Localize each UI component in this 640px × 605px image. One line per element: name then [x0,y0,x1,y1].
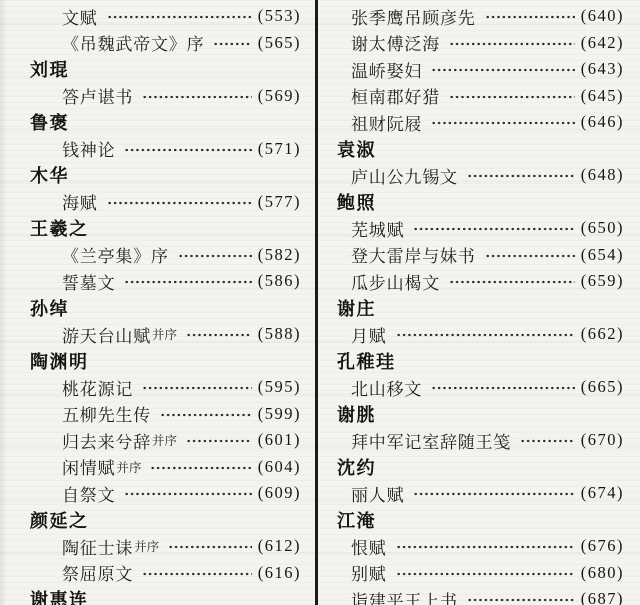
work-title: 桃花源记 [62,375,133,400]
work-title-suffix: 并序 [152,325,177,343]
toc-work-row: 钱神论(571) [30,136,301,163]
toc-author-row: 颜延之 [30,507,301,534]
work-title: 温峤娶妇 [351,57,422,82]
toc-work-row: 文赋(553) [30,3,301,30]
toc-work-row: 闲情赋并序(604) [30,454,301,481]
toc-author-row: 鲁褒 [30,109,301,136]
page-number: (650) [581,218,624,238]
column-divider [315,0,318,605]
work-title: 张季鹰吊顾彦先 [351,4,476,29]
page-number: (565) [258,33,301,53]
dot-leader [395,332,575,338]
page-number: (582) [258,245,301,265]
work-title: 祭屈原文 [62,560,133,585]
author-name: 王羲之 [30,215,89,241]
work-title: 桓南郡好猎 [351,83,440,108]
page-number: (553) [258,6,301,26]
toc-author-row: 陶渊明 [30,348,301,375]
toc-author-row: 木华 [30,162,301,189]
toc-work-row: 祖财阮屐(646) [337,109,624,136]
work-title-suffix: 并序 [134,537,159,555]
dot-leader [484,14,575,20]
toc-work-row: 芜城赋(650) [337,215,624,242]
dot-leader [448,94,575,100]
toc-work-row: 五柳先生传(599) [30,401,301,428]
work-title: 丽人赋 [351,481,404,506]
toc-work-row: 陶征士诔并序(612) [30,533,301,560]
page-number: (616) [258,563,301,583]
dot-leader [123,279,251,285]
work-title: 答卢谌书 [62,83,133,108]
page-number: (604) [258,457,301,477]
dot-leader [123,147,251,153]
author-name: 刘琨 [30,56,69,82]
work-title: 归去来兮辞 [62,428,151,453]
toc-work-row: 诣建平王上书(687) [337,586,624,605]
author-name: 谢惠连 [30,586,89,605]
toc-work-row: 游天台山赋并序(588) [30,321,301,348]
work-title: 拜中军记室辞随王笺 [351,428,511,453]
toc-work-row: 《吊魏武帝文》序(565) [30,30,301,57]
toc-work-row: 桃花源记(595) [30,374,301,401]
dot-leader [430,120,575,126]
work-title: 瓜步山楬文 [351,269,440,294]
toc-work-row: 拜中军记室辞随王笺(670) [337,427,624,454]
author-name: 鲍照 [337,189,376,215]
author-name: 袁淑 [337,136,376,162]
toc-work-row: 自祭文(609) [30,480,301,507]
page-number: (640) [581,6,624,26]
page-number: (687) [581,589,624,605]
dot-leader [430,385,575,391]
dot-leader [212,41,251,47]
work-title: 登大雷岸与妹书 [351,242,476,267]
dot-leader [185,332,252,338]
toc-work-row: 温峤娶妇(643) [337,56,624,83]
toc-work-row: 丽人赋(674) [337,480,624,507]
page-number: (599) [258,404,301,424]
toc-work-row: 别赋(680) [337,560,624,587]
author-name: 鲁褒 [30,109,69,135]
toc-author-row: 谢庄 [337,295,624,322]
toc-page: 文赋(553)《吊魏武帝文》序(565)刘琨答卢谌书(569)鲁褒钱神论(571… [0,0,640,605]
toc-author-row: 鲍照 [337,189,624,216]
dot-leader [185,438,252,444]
page-number: (642) [581,33,624,53]
work-title: 誓墓文 [62,269,115,294]
work-title: 游天台山赋 [62,322,151,347]
work-title: 文赋 [62,4,98,29]
toc-work-row: 张季鹰吊顾彦先(640) [337,3,624,30]
author-name: 谢庄 [337,295,376,321]
dot-leader [141,571,252,577]
work-title: 《吊魏武帝文》序 [62,30,204,55]
page-number: (601) [258,430,301,450]
work-title: 闲情赋 [62,454,115,479]
page-number: (645) [581,86,624,106]
toc-author-row: 谢惠连 [30,586,301,605]
toc-author-row: 王羲之 [30,215,301,242]
page-number: (670) [581,430,624,450]
page-number: (643) [581,59,624,79]
author-name: 沈约 [337,454,376,480]
work-title: 钱神论 [62,136,115,161]
dot-leader [167,544,252,550]
page-number: (588) [258,324,301,344]
dot-leader [466,597,575,603]
work-title: 恨赋 [351,534,387,559]
dot-leader [141,385,252,391]
work-title-suffix: 并序 [152,431,177,449]
toc-work-row: 桓南郡好猎(645) [337,83,624,110]
toc-work-row: 恨赋(676) [337,533,624,560]
dot-leader [159,412,252,418]
work-title: 庐山公九锡文 [351,163,458,188]
work-title-suffix: 并序 [116,458,141,476]
work-title: 月赋 [351,322,387,347]
toc-work-row: 祭屈原文(616) [30,560,301,587]
dot-leader [123,491,251,497]
author-name: 江淹 [337,507,376,533]
dot-leader [106,200,252,206]
dot-leader [466,173,575,179]
toc-author-row: 刘琨 [30,56,301,83]
author-name: 木华 [30,162,69,188]
work-title: 自祭文 [62,481,115,506]
toc-author-row: 沈约 [337,454,624,481]
page-number: (571) [258,139,301,159]
work-title: 谢太傅泛海 [351,30,440,55]
dot-leader [448,41,575,47]
author-name: 孙绰 [30,295,69,321]
page-number: (612) [258,536,301,556]
work-title: 海赋 [62,189,98,214]
author-name: 孔稚珪 [337,348,396,374]
toc-work-row: 海赋(577) [30,189,301,216]
toc-work-row: 归去来兮辞并序(601) [30,427,301,454]
dot-leader [448,279,575,285]
author-name: 谢朓 [337,401,376,427]
toc-author-row: 江淹 [337,507,624,534]
toc-work-row: 月赋(662) [337,321,624,348]
page-number: (680) [581,563,624,583]
work-title: 北山移文 [351,375,422,400]
author-name: 颜延之 [30,507,89,533]
work-title: 五柳先生传 [62,401,151,426]
toc-work-row: 登大雷岸与妹书(654) [337,242,624,269]
page-number: (648) [581,165,624,185]
page-number: (586) [258,271,301,291]
toc-work-row: 庐山公九锡文(648) [337,162,624,189]
dot-leader [141,94,252,100]
page-number: (569) [258,86,301,106]
work-title: 芜城赋 [351,216,404,241]
toc-work-row: 瓜步山楬文(659) [337,268,624,295]
toc-author-row: 袁淑 [337,136,624,163]
toc-column-left: 文赋(553)《吊魏武帝文》序(565)刘琨答卢谌书(569)鲁褒钱神论(571… [0,0,315,605]
page-number: (595) [258,377,301,397]
dot-leader [395,544,575,550]
work-title: 祖财阮屐 [351,110,422,135]
page-number: (662) [581,324,624,344]
dot-leader [106,14,252,20]
dot-leader [177,253,252,259]
dot-leader [484,253,575,259]
toc-work-row: 誓墓文(586) [30,268,301,295]
page-number: (659) [581,271,624,291]
dot-leader [412,226,574,232]
page-number: (577) [258,192,301,212]
work-title: 别赋 [351,560,387,585]
work-title: 诣建平王上书 [351,587,458,605]
toc-work-row: 答卢谌书(569) [30,83,301,110]
page-number: (665) [581,377,624,397]
page-number: (676) [581,536,624,556]
work-title: 《兰亭集》序 [62,242,169,267]
toc-author-row: 孔稚珪 [337,348,624,375]
dot-leader [395,571,575,577]
work-title: 陶征士诔 [62,534,133,559]
toc-work-row: 北山移文(665) [337,374,624,401]
dot-leader [519,438,575,444]
page-number: (654) [581,245,624,265]
toc-column-right: 张季鹰吊顾彦先(640)谢太傅泛海(642)温峤娶妇(643)桓南郡好猎(645… [320,0,640,605]
dot-leader [412,491,574,497]
page-number: (609) [258,483,301,503]
dot-leader [149,465,251,471]
toc-author-row: 谢朓 [337,401,624,428]
author-name: 陶渊明 [30,348,89,374]
toc-author-row: 孙绰 [30,295,301,322]
page-number: (674) [581,483,624,503]
page-number: (646) [581,112,624,132]
dot-leader [430,67,575,73]
toc-work-row: 《兰亭集》序(582) [30,242,301,269]
toc-work-row: 谢太傅泛海(642) [337,30,624,57]
